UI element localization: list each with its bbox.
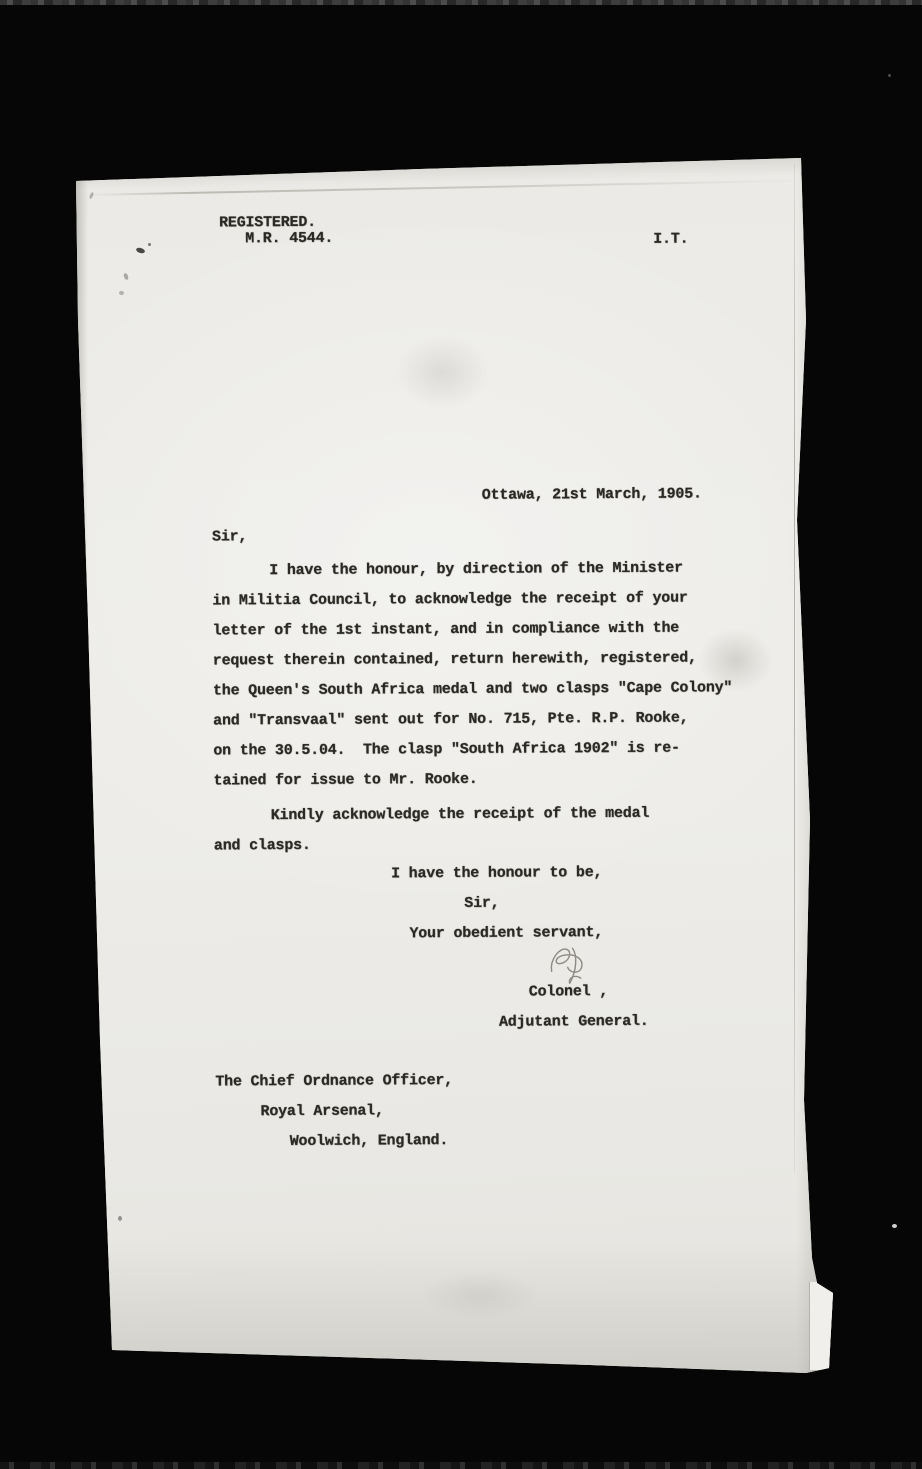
body-line: request therein contained, return herewi… — [213, 649, 697, 669]
signature-title: Adjutant General. — [499, 1013, 649, 1031]
dateline: Ottawa, 21st March, 1905. — [482, 485, 702, 503]
recipient-line: The Chief Ordnance Officer, — [215, 1072, 453, 1090]
clerk-initials: I.T. — [653, 231, 688, 248]
body-line: letter of the 1st instant, and in compli… — [213, 620, 680, 640]
body-line: the Queen's South Africa medal and two c… — [213, 679, 732, 699]
body-line: Kindly acknowledge the receipt of the me… — [271, 805, 650, 824]
body-line: tained for issue to Mr. Rooke. — [213, 771, 477, 790]
closing-line: Your obedient servant, — [409, 924, 603, 942]
body-line: and "Transvaal" sent out for No. 715, Pt… — [213, 710, 688, 730]
registered-stamp: REGISTERED. — [219, 214, 316, 232]
closing-line: Sir, — [464, 895, 499, 912]
recipient-line: Royal Arsenal, — [260, 1102, 383, 1120]
file-number: M.R. 4544. — [245, 230, 333, 248]
salutation: Sir, — [212, 528, 247, 545]
recipient-line: Woolwich, England. — [290, 1132, 449, 1150]
closing-line: I have the honour to be, — [391, 864, 602, 882]
body-line: in Militia Council, to acknowledge the r… — [212, 590, 687, 610]
body-line: on the 30.5.04. The clasp "South Africa … — [213, 740, 680, 760]
signature-rank: Colonel , — [529, 983, 608, 1000]
body-line: and clasps. — [214, 837, 311, 855]
letter-content: REGISTERED. M.R. 4544. I.T. Ottawa, 21st… — [0, 0, 922, 1469]
body-line: I have the honour, by direction of the M… — [269, 560, 683, 580]
